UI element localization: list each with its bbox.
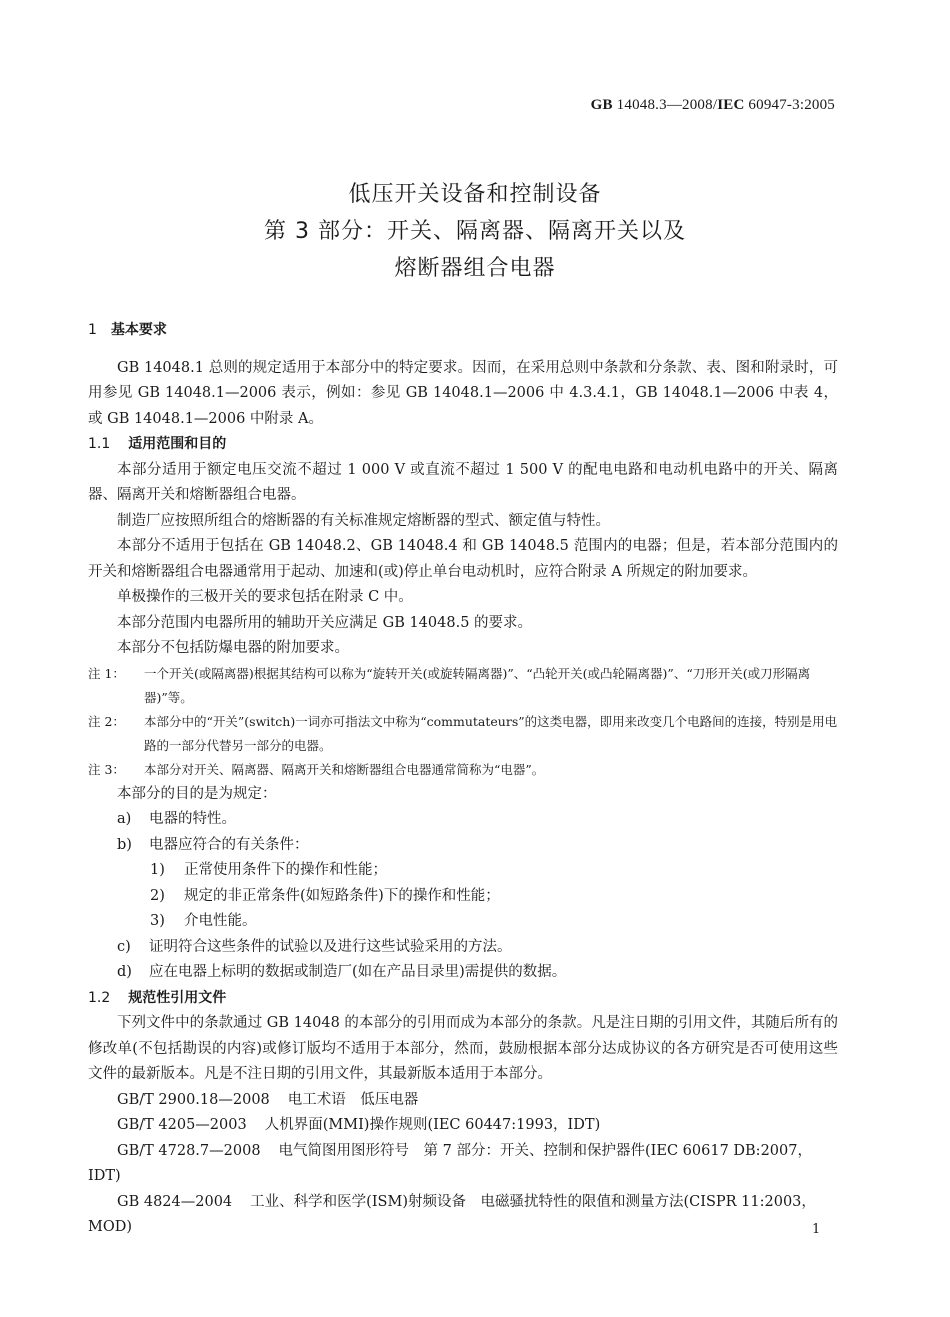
list-item-c: c)证明符合这些条件的试验以及进行这些试验采用的方法。 — [88, 935, 838, 961]
section-title: 规范性引用文件 — [128, 990, 226, 1006]
list-item-b-3: 3)介电性能。 — [88, 909, 838, 935]
note-text: 本部分中的“开关”(switch)一词亦可指法文中称为“commutateurs… — [144, 714, 837, 753]
list-text: 介电性能。 — [184, 913, 257, 929]
header-gb-number: 14048.3—2008/ — [613, 97, 717, 113]
list-marker: b) — [117, 833, 149, 859]
note-3: 注 3：本部分对开关、隔离器、隔离开关和熔断器组合电器通常简称为“电器”。 — [88, 758, 838, 782]
document-body: 1基本要求 GB 14048.1 总则的规定适用于本部分中的特定要求。因而，在采… — [88, 318, 838, 1241]
list-text: 正常使用条件下的操作和性能； — [184, 862, 387, 878]
title-line-1: 低压开关设备和控制设备 — [0, 176, 950, 213]
section-number: 1 — [88, 322, 97, 338]
list-text: 电器的特性。 — [149, 811, 236, 827]
list-marker: 2) — [150, 884, 184, 910]
section-number: 1.1 — [88, 436, 110, 452]
list-item-a: a)电器的特性。 — [88, 807, 838, 833]
note-1: 注 1：一个开关(或隔离器)根据其结构可以称为“旋转开关(或旋转隔离器)”、“凸… — [88, 662, 838, 710]
page-number: 1 — [812, 1222, 820, 1237]
section-1-1-heading: 1.1适用范围和目的 — [88, 432, 838, 458]
reference-title: 电工术语 低压电器 — [288, 1092, 419, 1108]
document-title: 低压开关设备和控制设备 第 3 部分：开关、隔离器、隔离开关以及 熔断器组合电器 — [0, 176, 950, 287]
list-marker: a) — [117, 807, 149, 833]
note-label: 注 2： — [88, 710, 144, 734]
purpose-intro: 本部分的目的是为规定： — [88, 782, 838, 808]
section-1-2-heading: 1.2规范性引用文件 — [88, 986, 838, 1012]
reference-title: 人机界面(MMI)操作规则(IEC 60447:1993，IDT) — [265, 1117, 601, 1133]
note-text: 一个开关(或隔离器)根据其结构可以称为“旋转开关(或旋转隔离器)”、“凸轮开关(… — [144, 666, 810, 705]
list-item-b-2: 2)规定的非正常条件(如短路条件)下的操作和性能； — [88, 884, 838, 910]
reference-code: GB/T 4728.7—2008 — [117, 1143, 261, 1159]
section-title: 基本要求 — [111, 322, 167, 338]
note-2: 注 2：本部分中的“开关”(switch)一词亦可指法文中称为“commutat… — [88, 710, 838, 758]
list-marker: 1) — [150, 858, 184, 884]
paragraph: 本部分范围内电器所用的辅助开关应满足 GB 14048.5 的要求。 — [88, 611, 838, 637]
list-item-d: d)应在电器上标明的数据或制造厂(如在产品目录里)需提供的数据。 — [88, 960, 838, 986]
title-line-2: 第 3 部分：开关、隔离器、隔离开关以及 — [0, 213, 950, 250]
list-text: 应在电器上标明的数据或制造厂(如在产品目录里)需提供的数据。 — [149, 964, 566, 980]
standard-code-header: GB 14048.3—2008/IEC 60947-3:2005 — [591, 97, 835, 114]
list-text: 证明符合这些条件的试验以及进行这些试验采用的方法。 — [149, 939, 512, 955]
paragraph: 本部分不适用于包括在 GB 14048.2、GB 14048.4 和 GB 14… — [88, 534, 838, 585]
reference-code: GB/T 4205—2003 — [117, 1117, 247, 1133]
header-gb-label: GB — [591, 97, 613, 113]
list-marker: d) — [117, 960, 149, 986]
note-label: 注 3： — [88, 758, 144, 782]
list-item-b: b)电器应符合的有关条件： — [88, 833, 838, 859]
reference-item: GB 4824—2004工业、科学和医学(ISM)射频设备 电磁骚扰特性的限值和… — [88, 1190, 838, 1241]
paragraph: 本部分不包括防爆电器的附加要求。 — [88, 636, 838, 662]
header-iec-label: IEC — [717, 97, 744, 113]
list-marker: 3) — [150, 909, 184, 935]
note-label: 注 1： — [88, 662, 144, 686]
list-text: 电器应符合的有关条件： — [149, 837, 309, 853]
title-line-3: 熔断器组合电器 — [0, 250, 950, 287]
section-1-paragraph: GB 14048.1 总则的规定适用于本部分中的特定要求。因而，在采用总则中条款… — [88, 356, 838, 433]
header-iec-number: 60947-3:2005 — [744, 97, 835, 113]
section-title: 适用范围和目的 — [128, 436, 226, 452]
section-number: 1.2 — [88, 990, 110, 1006]
reference-code: GB/T 2900.18—2008 — [117, 1092, 270, 1108]
list-marker: c) — [117, 935, 149, 961]
reference-item: GB/T 4728.7—2008电气简图用图形符号 第 7 部分：开关、控制和保… — [88, 1139, 838, 1190]
reference-code: GB 4824—2004 — [117, 1194, 232, 1210]
list-text: 规定的非正常条件(如短路条件)下的操作和性能； — [184, 888, 500, 904]
reference-item: GB/T 2900.18—2008电工术语 低压电器 — [88, 1088, 838, 1114]
list-item-b-1: 1)正常使用条件下的操作和性能； — [88, 858, 838, 884]
paragraph: 下列文件中的条款通过 GB 14048 的本部分的引用而成为本部分的条款。凡是注… — [88, 1011, 838, 1088]
paragraph: 单极操作的三极开关的要求包括在附录 C 中。 — [88, 585, 838, 611]
paragraph: 制造厂应按照所组合的熔断器的有关标准规定熔断器的型式、额定值与特性。 — [88, 509, 838, 535]
reference-item: GB/T 4205—2003人机界面(MMI)操作规则(IEC 60447:19… — [88, 1113, 838, 1139]
paragraph: 本部分适用于额定电压交流不超过 1 000 V 或直流不超过 1 500 V 的… — [88, 458, 838, 509]
note-text: 本部分对开关、隔离器、隔离开关和熔断器组合电器通常简称为“电器”。 — [144, 762, 544, 777]
section-1-heading: 1基本要求 — [88, 318, 838, 344]
